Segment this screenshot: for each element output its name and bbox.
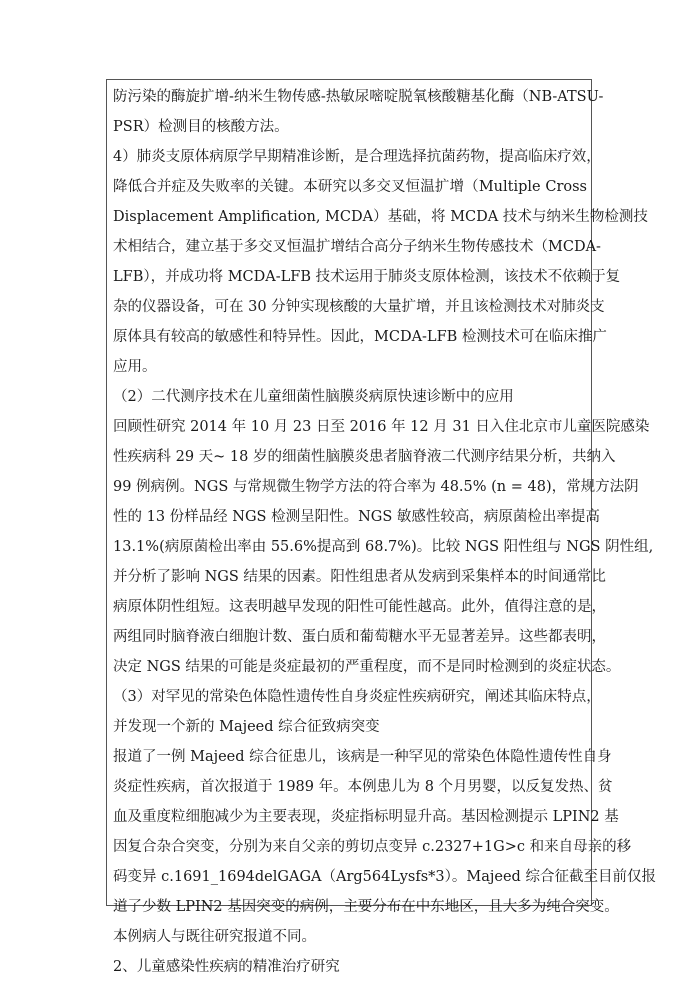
text-line: 4）肺炎支原体病原学早期精准诊断，是合理选择抗菌药物，提高临床疗效，	[113, 142, 587, 172]
text-line: 应用。	[113, 352, 587, 382]
text-line: 血及重度粒细胞减少为主要表现，炎症指标明显升高。基因检测提示 LPIN2 基	[113, 802, 587, 832]
text-line: LFB），并成功将 MCDA-LFB 技术运用于肺炎支原体检测，该技术不依赖于复	[113, 262, 587, 292]
text-line: 原体具有较高的敏感性和特异性。因此，MCDA-LFB 检测技术可在临床推广	[113, 322, 587, 352]
text-line: 99 例病例。NGS 与常规微生物学方法的符合率为 48.5% (n = 48)…	[113, 472, 587, 502]
text-line: 并分析了影响 NGS 结果的因素。阳性组患者从发病到采集样本的时间通常比	[113, 562, 587, 592]
text-line: 杂的仪器设备，可在 30 分钟实现核酸的大量扩增，并且该检测技术对肺炎支	[113, 292, 587, 322]
text-line: 报道了一例 Majeed 综合征患儿，该病是一种罕见的常染色体隐性遗传性自身	[113, 742, 587, 772]
text-line: 降低合并症及失败率的关键。本研究以多交叉恒温扩增（Multiple Cross	[113, 172, 587, 202]
text-line: 两组同时脑脊液白细胞计数、蛋白质和葡萄糖水平无显著差异。这些都表明，	[113, 622, 587, 652]
text-line: 术相结合，建立基于多交叉恒温扩增结合高分子纳米生物传感技术（MCDA-	[113, 232, 587, 262]
text-line: （3）对罕见的常染色体隐性遗传性自身炎症性疾病研究，阐述其临床特点，	[113, 682, 587, 712]
text-line: 码变异 c.1691_1694delGAGA（Arg564Lysfs*3）。Ma…	[113, 862, 587, 892]
text-line: 13.1%(病原菌检出率由 55.6%提高到 68.7%)。比较 NGS 阳性组…	[113, 532, 587, 562]
text-line: 2、儿童感染性疾病的精准治疗研究	[113, 952, 587, 982]
text-line: 道了少数 LPIN2 基因突变的病例，主要分布在中东地区，且大多为纯合突变。	[113, 892, 587, 922]
text-line: 并发现一个新的 Majeed 综合征致病突变	[113, 712, 587, 742]
text-line: 性的 13 份样品经 NGS 检测呈阳性。NGS 敏感性较高，病原菌检出率提高	[113, 502, 587, 532]
text-line: 本例病人与既往研究报道不同。	[113, 922, 587, 952]
text-line: PSR）检测目的核酸方法。	[113, 112, 587, 142]
text-line: 决定 NGS 结果的可能是炎症最初的严重程度，而不是同时检测到的炎症状态。	[113, 652, 587, 682]
text-line: 回顾性研究 2014 年 10 月 23 日至 2016 年 12 月 31 日…	[113, 412, 587, 442]
document-body: 防污染的酶旋扩增-纳米生物传感-热敏尿嘧啶脱氧核酸糖基化酶（NB-ATSU-PS…	[113, 82, 587, 982]
text-line: 因复合杂合突变，分别为来自父亲的剪切点变异 c.2327+1G>c 和来自母亲的…	[113, 832, 587, 862]
text-line: （2）二代测序技术在儿童细菌性脑膜炎病原快速诊断中的应用	[113, 382, 587, 412]
text-line: 性疾病科 29 天~ 18 岁的细菌性脑膜炎患者脑脊液二代测序结果分析，共纳入	[113, 442, 587, 472]
text-line: 病原体阴性组短。这表明越早发现的阳性可能性越高。此外，值得注意的是，	[113, 592, 587, 622]
text-line: 防污染的酶旋扩增-纳米生物传感-热敏尿嘧啶脱氧核酸糖基化酶（NB-ATSU-	[113, 82, 587, 112]
text-line: Displacement Amplification, MCDA）基础，将 MC…	[113, 202, 587, 232]
text-line: 炎症性疾病，首次报道于 1989 年。本例患儿为 8 个月男婴，以反复发热、贫	[113, 772, 587, 802]
